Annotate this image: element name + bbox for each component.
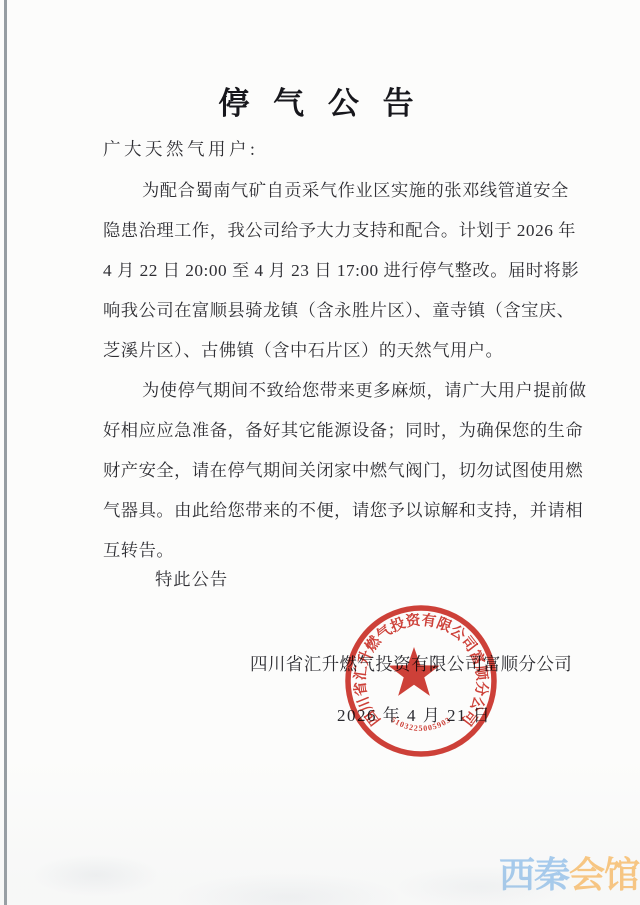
notice-title: 停 气 公 告 <box>0 78 640 123</box>
notice-body: 为配合蜀南气矿自贡采气作业区实施的张邓线管道安全 隐患治理工作，我公司给予大力支… <box>103 171 573 571</box>
body-line: 芝溪片区）、古佛镇（含中石片区）的天然气用户。 <box>103 331 573 371</box>
scan-edge-artifact <box>4 0 7 905</box>
body-line: 4 月 22 日 20:00 至 4 月 23 日 17:00 进行停气整改。届… <box>103 251 573 291</box>
official-seal: 四川省汇升燃气投资有限公司富顺分公司 5103225005903 <box>342 602 500 760</box>
body-line: 气器具。由此给您带来的不便，请您予以谅解和支持，并请相 <box>103 491 573 531</box>
body-line: 好相应应急准备，备好其它能源设备；同时，为确保您的生命 <box>103 411 573 451</box>
seal-star-icon <box>388 647 439 696</box>
body-line: 财产安全，请在停气期间关闭家中燃气阀门，切勿试图使用燃 <box>103 451 573 491</box>
watermark-right: 会馆 <box>569 854 639 895</box>
seal-code-text: 5103225005903 <box>389 715 452 733</box>
scanned-notice-page: 停 气 公 告 广大天然气用户: 为配合蜀南气矿自贡采气作业区实施的张邓线管道安… <box>0 0 640 905</box>
body-line: 为使停气期间不致给您带来更多麻烦，请广大用户提前做 <box>103 371 573 411</box>
site-watermark: 西秦会馆 <box>499 847 639 898</box>
body-line: 为配合蜀南气矿自贡采气作业区实施的张邓线管道安全 <box>103 171 573 211</box>
body-line: 隐患治理工作，我公司给予大力支持和配合。计划于 2026 年 <box>103 211 573 251</box>
closing-phrase: 特此公告 <box>155 565 228 590</box>
salutation: 广大天然气用户: <box>103 136 258 161</box>
body-line: 响我公司在富顺县骑龙镇（含永胜片区）、童寺镇（含宝庆、 <box>103 291 573 331</box>
watermark-left: 西秦 <box>499 854 569 895</box>
